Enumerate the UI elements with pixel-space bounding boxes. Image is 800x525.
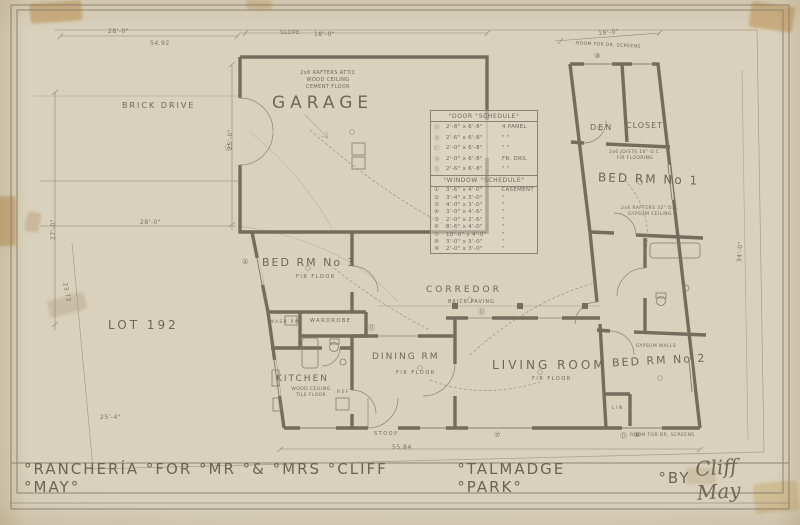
site-lines [33, 30, 764, 469]
door-row-tag: Ⓑ [434, 134, 446, 142]
door-tag-d2: Ⓓ [620, 431, 627, 441]
dim-slope-length: 18'-0" [314, 31, 335, 38]
window-schedule-row: ⑨2'-0" x 3'-0"" [431, 246, 537, 253]
window-row-type: CASEMENT [501, 187, 534, 193]
window-row-tag: ⑧ [434, 239, 446, 245]
dim-bottom: 55.84 [392, 444, 412, 451]
kitchen-label: KITCHEN [276, 374, 329, 385]
window-schedule-row: ⑤2'-0" x 2'-6"" [431, 216, 537, 223]
door-row-tag: Ⓒ [434, 144, 446, 152]
drawing-title: °RANCHERÍA °FOR °MR °& °MRS °CLIFF °MAY° [24, 460, 419, 496]
door-schedule-row: Ⓒ2'-0" x 6'-8"" " [431, 143, 537, 154]
lot-label: LOT 192 [108, 318, 179, 332]
bed1-note-top-line1: 2x6 JOISTS 16" O.C. [600, 150, 670, 156]
window-row-size: 3'-6" x 4'-0" [446, 187, 501, 193]
linen-label: LIN. [612, 406, 627, 411]
corridor-label: CORREDOR [426, 285, 502, 296]
door-row-size: 2'-6" x 6'-8" [446, 166, 502, 172]
stoop-label: STOOP [374, 431, 399, 437]
window-schedule-row: ④3'-0" x 4'-6"" [431, 209, 537, 216]
drawing-sheet: 2x6 RAFTERS ATTIC WOOD CEILING CEMENT FL… [0, 0, 800, 525]
window-row-size: 3'-0" x 3'-0" [446, 239, 502, 245]
window-schedule-row: ③4'-0" x 3'-0"" [431, 201, 537, 208]
garage-label: GARAGE [272, 93, 373, 113]
bed2-note: GYPSUM WALLS [636, 344, 676, 350]
window-row-tag: ③ [434, 202, 446, 208]
dining-floor-note: FIR FLOOR [396, 370, 436, 376]
living-floor-note: FIR FLOOR [532, 376, 572, 382]
corridor-paving-note: BRICK PAVING [448, 299, 495, 305]
window-schedule-row: ⑦10'-0" x 4'-0"" [431, 231, 537, 238]
door-schedule-rows: Ⓐ2'-8" x 6'-8"4 PANEL Ⓑ2'-6" x 6'-8"" " … [431, 122, 537, 175]
door-row-type: 4 PANEL [502, 124, 534, 130]
door-tag-b: Ⓑ [368, 323, 375, 333]
window-row-size: 2'-0" x 3'-0" [446, 246, 502, 252]
kitchen-note-line2: TILE FLOOR [284, 393, 338, 399]
door-tag-d: Ⓓ [478, 307, 485, 317]
schedule-box: °DOOR °SCHEDULE° Ⓐ2'-8" x 6'-8"4 PANEL Ⓑ… [430, 110, 538, 254]
wash-rm-label: WASH RM [270, 320, 300, 325]
door-row-type: " " [502, 135, 534, 141]
window-row-type: " [502, 232, 534, 238]
den-label: DEN [590, 123, 613, 133]
bed1-note-bottom-line2: GYPSUM CEILING [612, 212, 688, 218]
door-row-tag: Ⓔ [434, 165, 446, 173]
window-row-type: " [502, 195, 534, 201]
window-row-tag: ① [434, 187, 446, 193]
dim-lot-west: 27'-0" [50, 219, 57, 240]
title-block: °RANCHERÍA °FOR °MR °& °MRS °CLIFF °MAY°… [18, 464, 782, 492]
door-row-tag: Ⓐ [434, 123, 446, 131]
window-schedule-row: ⑥8'-6" x 4'-0"" [431, 223, 537, 230]
door-row-size: 2'-0" x 6'-8" [446, 145, 502, 151]
ref-label: REF [337, 390, 350, 395]
brick-drive-label: BRICK DRIVE [122, 101, 195, 111]
bed1-note-bottom-line1: 2x6 RAFTERS 32" O.C. [612, 206, 688, 212]
window-row-size: 2'-0" x 2'-6" [446, 217, 502, 223]
window-row-tag: ⑨ [434, 246, 446, 252]
door-row-size: 2'-8" x 6'-8" [446, 124, 502, 130]
door-row-type: " " [502, 145, 534, 151]
window-schedule-title: °WINDOW °SCHEDULE° [431, 175, 537, 187]
window-schedule-rows: ①3'-6" x 4'-0"CASEMENT ②3'-4" x 3'-0"" ③… [431, 187, 537, 254]
window-row-type: " [502, 224, 534, 230]
living-room-label: LIVING ROOM [492, 358, 607, 372]
bed3-floor-note: FIR FLOOR [296, 274, 336, 280]
window-tag-3: ③ [594, 52, 600, 60]
door-schedule-row: Ⓔ2'-6" x 6'-8"" " [431, 164, 537, 175]
bed1-note-top-line2: FIR FLOORING [600, 156, 670, 162]
subdivision-title: °TALMADGE °PARK° [457, 460, 624, 496]
door-schedule-row: Ⓑ2'-6" x 6'-8"" " [431, 133, 537, 144]
window-row-size: 10'-0" x 4'-0" [446, 232, 502, 238]
bed3-label: BED RM No 3 [262, 256, 357, 269]
door-row-type: " " [502, 166, 534, 172]
window-tag-7: ⑦ [494, 431, 500, 439]
architect-signature: Cliff May [695, 451, 784, 505]
window-row-size: 3'-0" x 4'-6" [446, 209, 502, 215]
window-row-tag: ⑥ [434, 224, 446, 230]
window-row-tag: ② [434, 195, 446, 201]
window-row-tag: ④ [434, 209, 446, 215]
window-row-type: " [502, 209, 534, 215]
door-row-type: FR. DRS. [502, 156, 534, 162]
window-tag-1: ① [242, 258, 248, 266]
window-row-size: 4'-0" x 3'-0" [446, 202, 502, 208]
dim-top-left-a: 28'-0" [108, 28, 129, 35]
window-row-type: " [502, 246, 534, 252]
window-row-type: " [502, 202, 534, 208]
garage-note-line1: 2x6 RAFTERS ATTIC [283, 70, 373, 77]
door-schedule-row: Ⓓ2'-0" x 6'-8"FR. DRS. [431, 154, 537, 165]
window-row-size: 8'-6" x 4'-0" [446, 224, 502, 230]
dim-top-left-b: 54.92 [150, 40, 170, 47]
door-row-size: 2'-6" x 6'-8" [446, 135, 502, 141]
window-schedule-row: ①3'-6" x 4'-0"CASEMENT [431, 187, 537, 194]
garage-note-line3: CEMENT FLOOR [283, 84, 373, 91]
kitchen-note-line1: WOOD CEILING [284, 387, 338, 393]
wardrobe-label: WARDROBE [310, 318, 351, 324]
door-schedule-row: Ⓐ2'-8" x 6'-8"4 PANEL [431, 122, 537, 133]
dim-bottom-left: 25'-4" [100, 414, 121, 421]
window-row-type: " [502, 239, 534, 245]
window-schedule-row: ②3'-4" x 3'-0"" [431, 194, 537, 201]
window-row-tag: ⑦ [434, 232, 446, 238]
dim-right-side: 34'-0" [736, 241, 744, 262]
door-row-size: 2'-0" x 6'-8" [446, 156, 502, 162]
door-schedule-title: °DOOR °SCHEDULE° [431, 111, 537, 122]
by-label: °BY [658, 469, 690, 487]
window-row-tag: ⑤ [434, 217, 446, 223]
door-tag-a: Ⓐ [225, 143, 232, 153]
dim-slope: SLOPE [280, 30, 300, 36]
dim-mid-left: 28'-0" [140, 219, 161, 226]
dining-room-label: DINING RM [372, 352, 440, 363]
closet-label: CLOSET [626, 121, 663, 131]
window-row-size: 3'-4" x 3'-0" [446, 195, 502, 201]
window-tag-8: ⑧ [634, 431, 640, 439]
door-row-tag: Ⓓ [434, 155, 446, 163]
window-row-type: " [502, 217, 534, 223]
window-schedule-row: ⑧3'-0" x 3'-0"" [431, 238, 537, 245]
garage-note-line2: WOOD CEILING [283, 77, 373, 84]
